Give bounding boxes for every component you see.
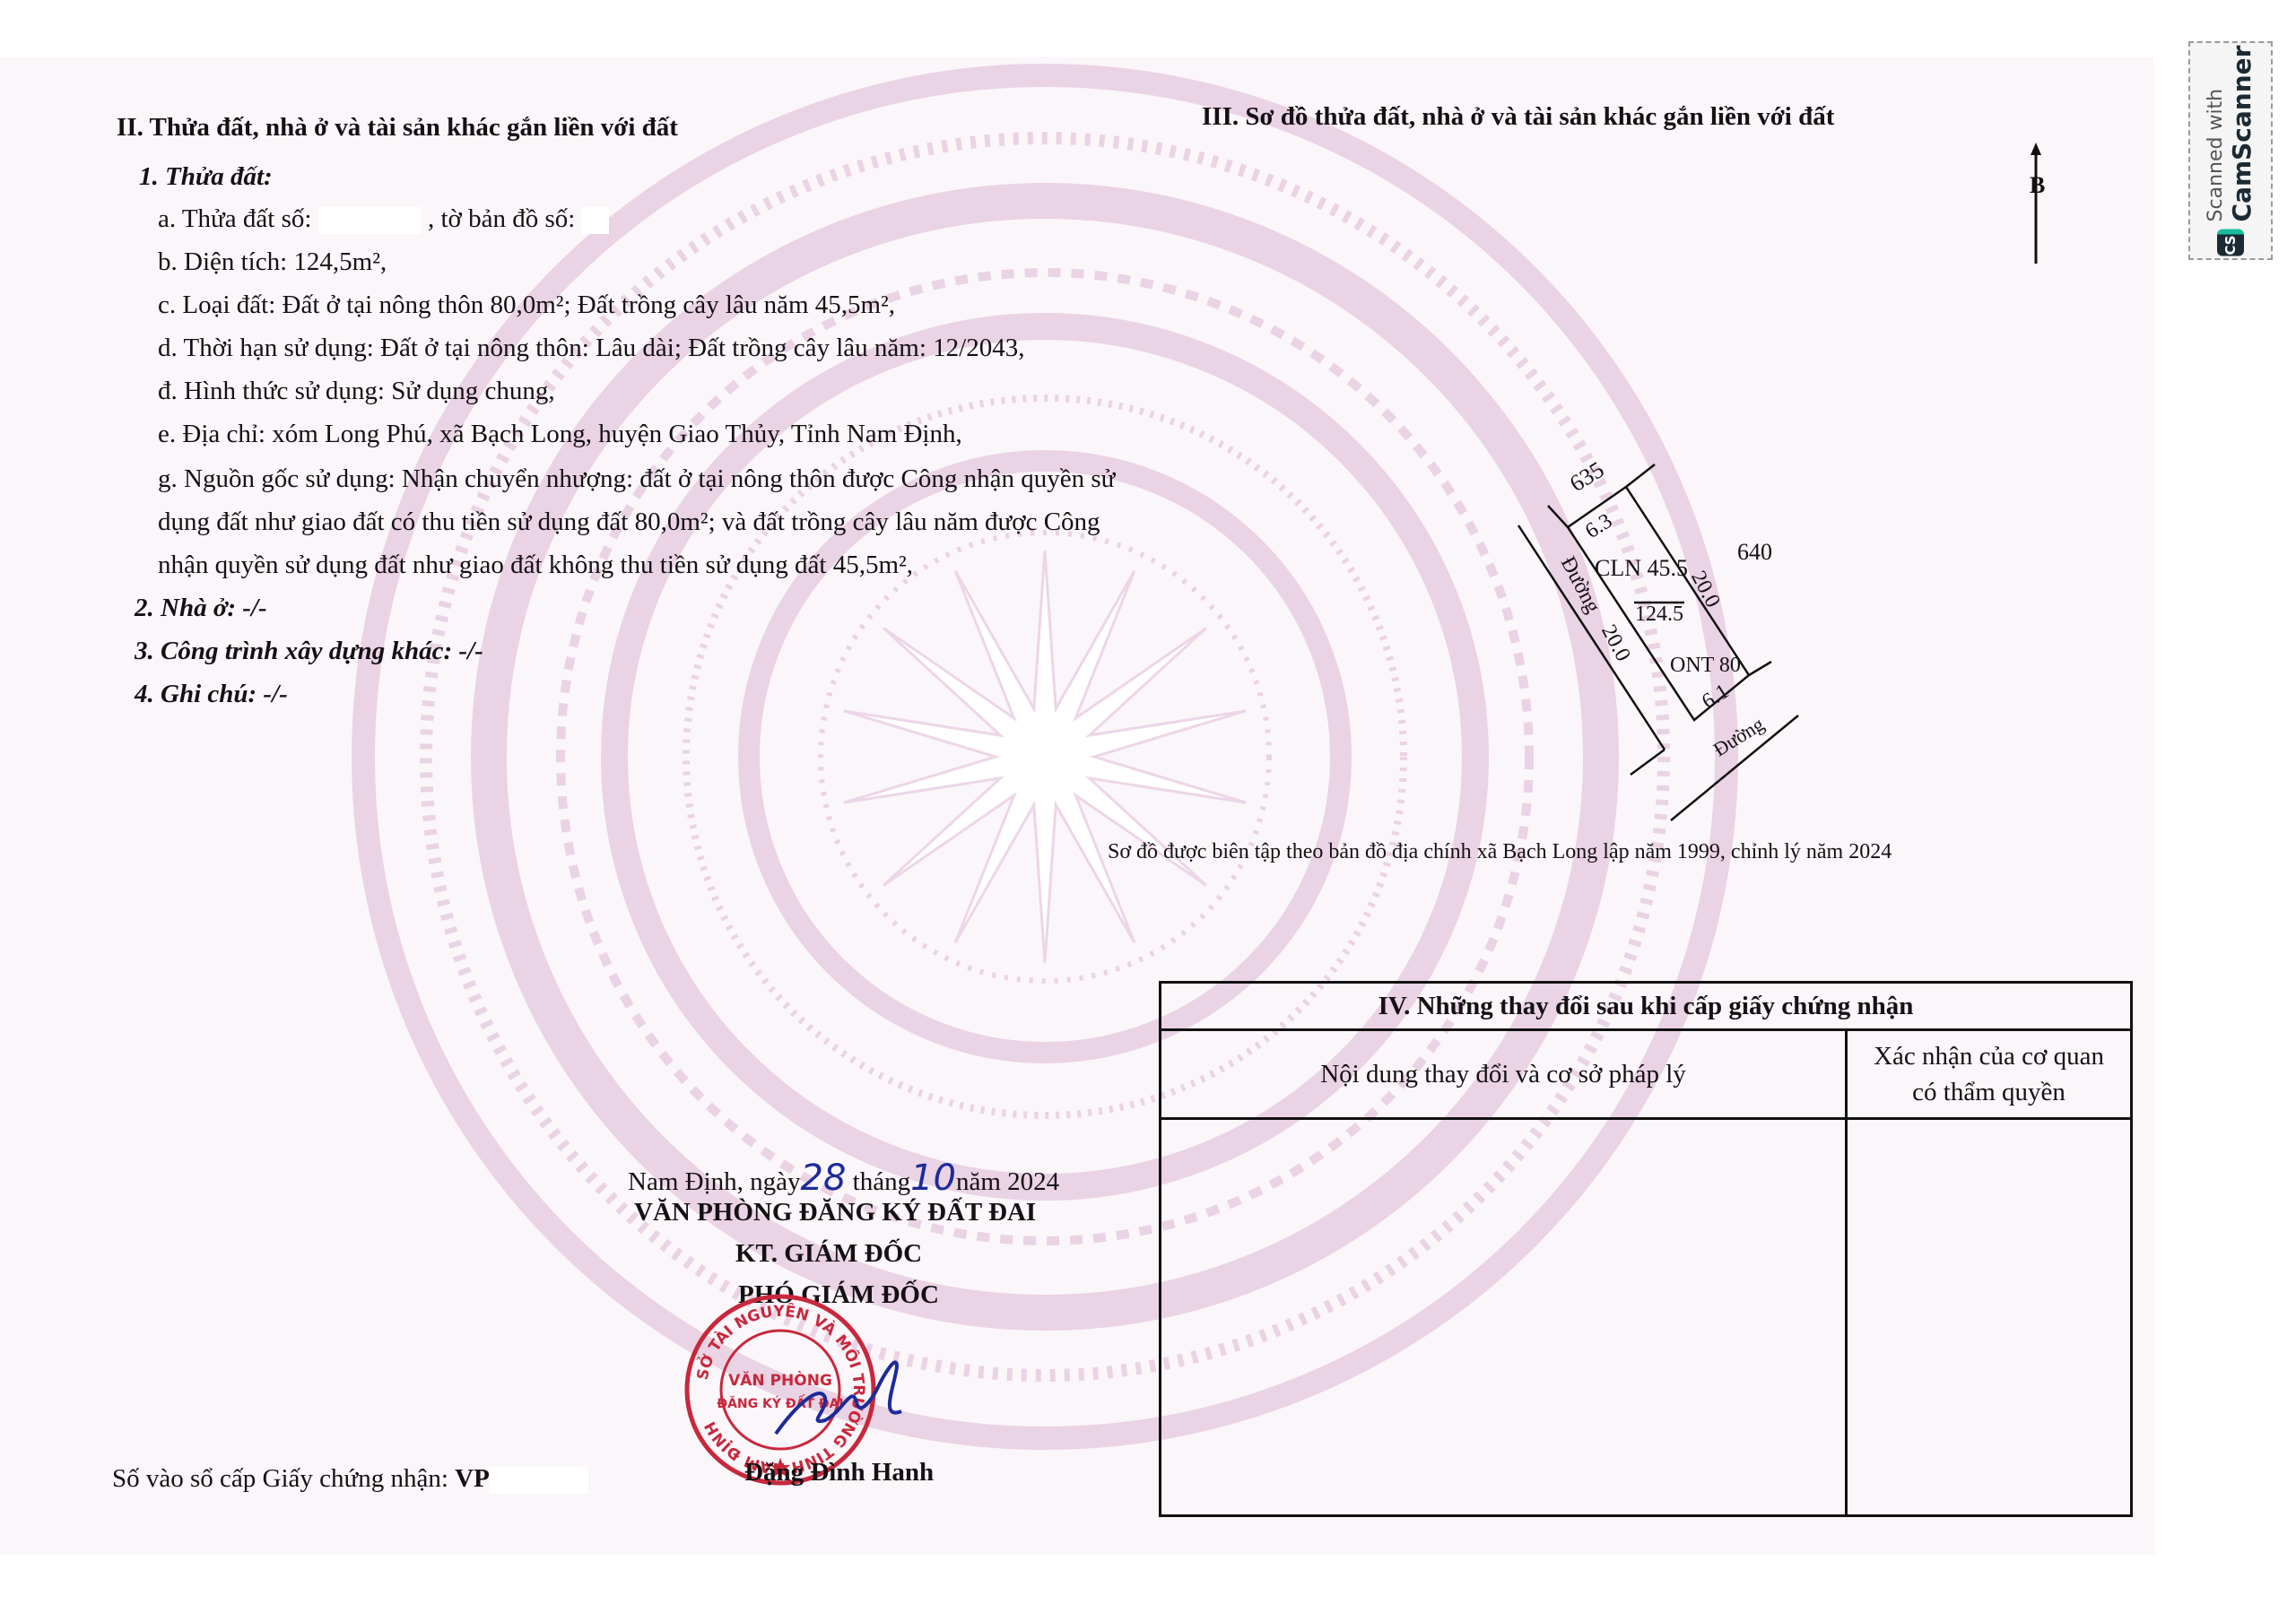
section-iii-title: III. Sơ đồ thửa đất, nhà ở và tài sản kh… [1202, 100, 1834, 133]
land-type-line: c. Loại đất: Đất ở tại nông thôn 80,0m²;… [158, 289, 895, 321]
usage-form-line: đ. Hình thức sử dụng: Sử dụng chung, [158, 375, 555, 407]
col-header-confirm-line2: có thẩm quyền [1848, 1074, 2130, 1110]
map-sheet-label: , tờ bản đồ số: [428, 204, 575, 233]
sketch-caption: Sơ đồ được biên tập theo bản đồ địa chín… [1108, 840, 1892, 864]
origin-line-2: dụng đất như giao đất có thu tiền sử dụn… [158, 506, 1100, 538]
redacted-map-sheet [582, 207, 609, 234]
neighbor-east-label: 640 [1737, 539, 1772, 566]
sign-month: 10 [910, 1158, 956, 1199]
office-name: VĂN PHÒNG ĐĂNG KÝ ĐẤT ĐAI [634, 1196, 1036, 1228]
origin-line-3: nhận quyền sử dụng đất như giao đất khôn… [158, 549, 913, 581]
north-label: B [2030, 172, 2045, 199]
handwritten-signature-icon [771, 1349, 915, 1447]
sign-date-line: Nam Định, ngày28 tháng10năm 2024 [628, 1162, 1059, 1198]
address-line: e. Địa chỉ: xóm Long Phú, xã Bạch Long, … [158, 418, 962, 450]
zone-cln-label: CLN 45.5 [1595, 555, 1688, 582]
sign-year: năm 2024 [956, 1167, 1059, 1196]
registry-label: Số vào sổ cấp Giấy chứng nhận: [112, 1464, 448, 1493]
sign-month-label: tháng [853, 1167, 910, 1196]
house-line: 2. Nhà ở: -/- [135, 592, 267, 624]
parcel-number-line: a. Thửa đất số: , tờ bản đồ số: [158, 203, 609, 235]
redacted-parcel-number [318, 207, 422, 234]
col-header-confirm-line1: Xác nhận của cơ quan [1848, 1038, 2130, 1074]
registry-value: VP [455, 1464, 490, 1493]
parcel-heading: 1. Thửa đất: [139, 160, 273, 193]
certificate-page: II. Thửa đất, nhà ở và tài sản khác gắn … [0, 57, 2154, 1555]
section-ii-title: II. Thửa đất, nhà ở và tài sản khác gắn … [117, 111, 678, 143]
col-header-confirm: Xác nhận của cơ quan có thẩm quyền [1847, 1030, 2132, 1119]
sign-day: 28 [801, 1158, 847, 1199]
scanner-text-line2: CamScanner [2227, 46, 2257, 222]
signer-name: Đặng Đình Hanh [744, 1456, 934, 1488]
col-header-content: Nội dung thay đổi và cơ sở pháp lý [1161, 1030, 1847, 1119]
camscanner-logo-icon: CS [2217, 229, 2244, 256]
parcel-number-label: a. Thửa đất số: [158, 204, 311, 233]
changes-table: IV. Những thay đổi sau khi cấp giấy chứn… [1159, 981, 2133, 1517]
on-behalf-title: KT. GIÁM ĐỐC [735, 1237, 922, 1270]
redacted-registry-number [490, 1467, 588, 1494]
scanner-text-line1: Scanned with [2205, 46, 2227, 222]
parcel-sketch [1489, 448, 1865, 825]
change-confirm-cell [1847, 1119, 2132, 1516]
change-content-cell [1161, 1119, 1847, 1516]
north-arrow-icon [2018, 143, 2054, 268]
total-area-label: 124.5 [1635, 603, 1683, 627]
sign-place: Nam Định, ngày [628, 1167, 801, 1196]
other-construction-line: 3. Công trình xây dựng khác: -/- [135, 635, 483, 667]
note-line: 4. Ghi chú: -/- [135, 678, 288, 710]
usage-term-line: d. Thời hạn sử dụng: Đất ở tại nông thôn… [158, 332, 1024, 364]
origin-line-1: g. Nguồn gốc sử dụng: Nhận chuyển nhượng… [158, 463, 1115, 495]
registry-line: Số vào sổ cấp Giấy chứng nhận: VP [112, 1462, 588, 1495]
area-line: b. Diện tích: 124,5m², [158, 246, 387, 278]
zone-ont-label: ONT 80 [1670, 654, 1741, 678]
section-iv-title: IV. Những thay đổi sau khi cấp giấy chứn… [1161, 983, 2132, 1030]
camscanner-badge: CS Scanned with CamScanner [2188, 41, 2273, 260]
